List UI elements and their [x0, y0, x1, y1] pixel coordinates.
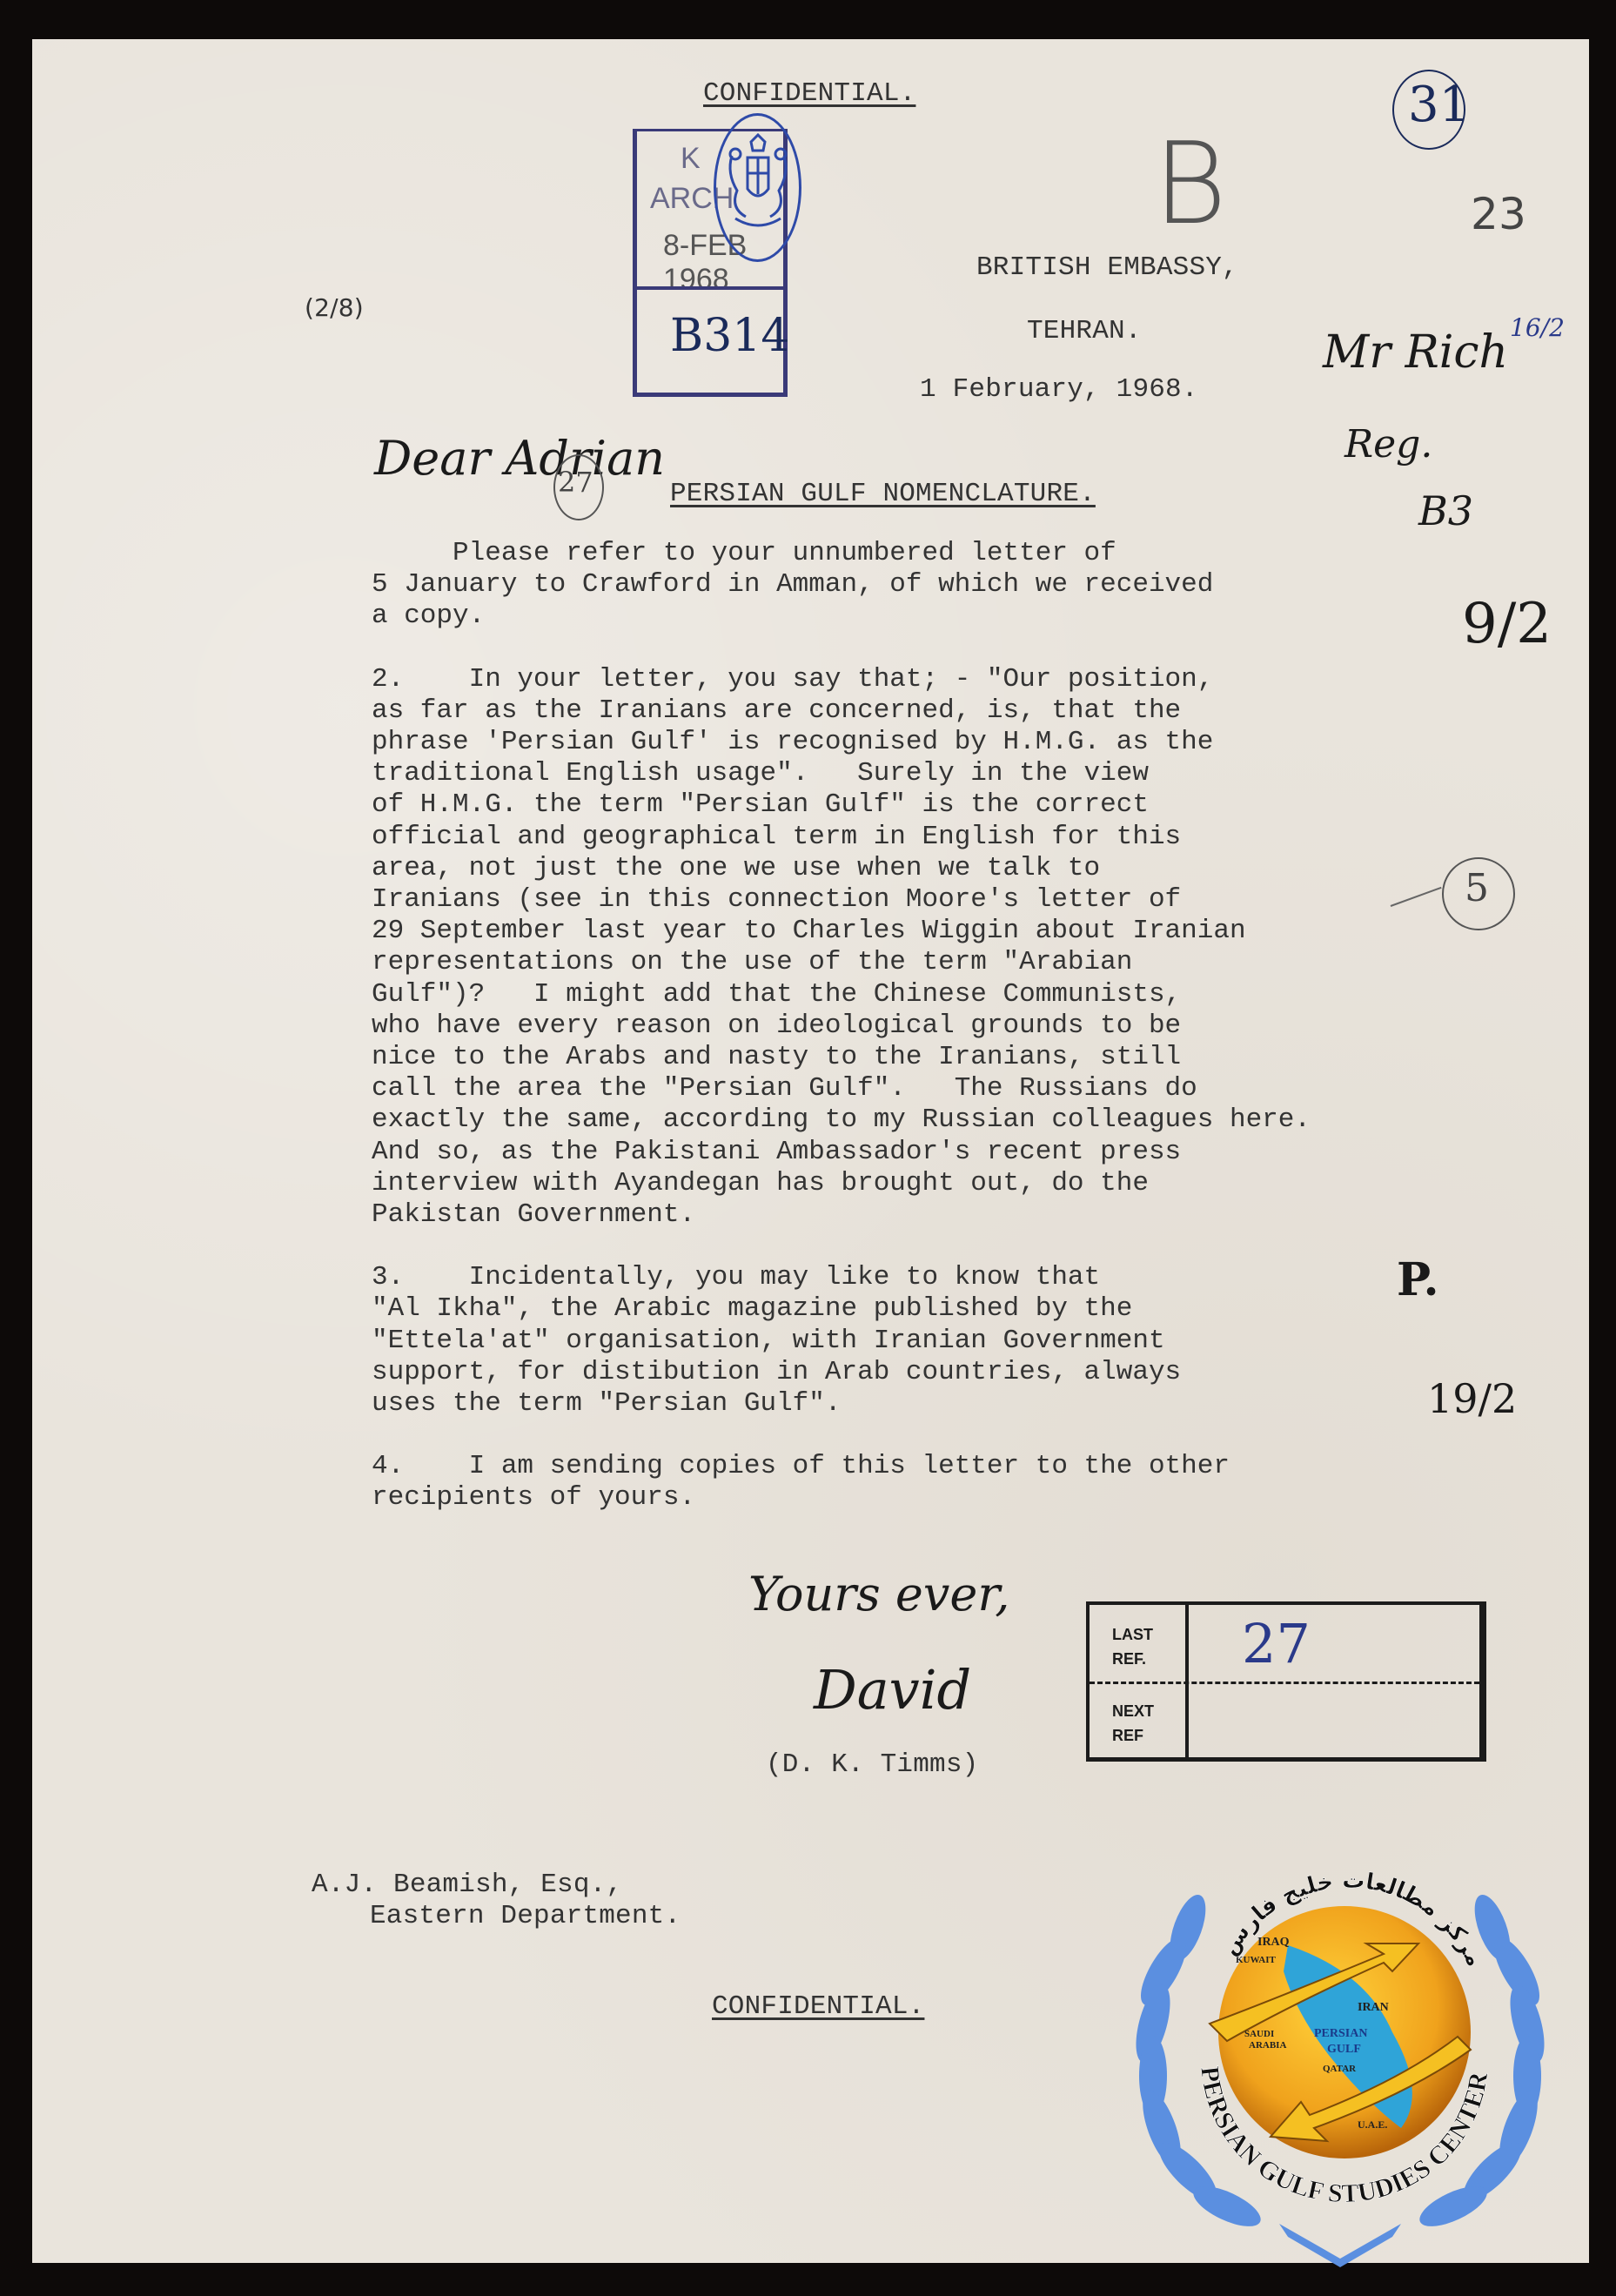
page-reference: (2/8) — [305, 292, 364, 324]
next-ref-label: NEXTREF — [1112, 1699, 1154, 1748]
minute-reg: Reg. — [1344, 422, 1432, 467]
persian-gulf-studies-center-logo: IRAQ KUWAIT IRAN SAUDI ARABIA PERSIAN GU… — [1105, 1841, 1575, 2276]
royal-crest-icon — [723, 131, 793, 245]
folio-number: 23 — [1471, 198, 1526, 230]
laurel-globe-logo-icon: IRAQ KUWAIT IRAN SAUDI ARABIA PERSIAN GU… — [1105, 1841, 1575, 2276]
svg-text:ARABIA: ARABIA — [1249, 2040, 1286, 2051]
reference-box-stamp: LASTREF. NEXTREF 27 — [1086, 1601, 1486, 1762]
last-ref-value: 27 — [1242, 1612, 1311, 1675]
svg-text:IRAN: IRAN — [1358, 2001, 1389, 2014]
svg-text:IRAQ: IRAQ — [1257, 1936, 1290, 1949]
recipient-line-1: A.J. Beamish, Esq., — [312, 1870, 622, 1901]
royal-crest-stamp — [714, 113, 801, 262]
ref-box-horizontal-divider — [1090, 1682, 1479, 1684]
last-ref-label: LASTREF. — [1112, 1622, 1153, 1671]
paragraph-2: 2. In your letter, you say that; - "Our … — [372, 664, 1416, 1232]
stamp-divider — [637, 286, 783, 290]
minute-date-blue: 16/2 — [1510, 313, 1565, 342]
letter-subject: PERSIAN GULF NOMENCLATURE. — [670, 479, 1096, 510]
stamp-handwritten-ref: B314 — [670, 310, 789, 362]
sender-line-2: TEHRAN. — [1027, 316, 1142, 347]
minute-b3: B3 — [1418, 487, 1473, 534]
signature: David — [814, 1658, 971, 1722]
svg-text:QATAR: QATAR — [1323, 2064, 1357, 2074]
svg-text:PERSIAN: PERSIAN — [1314, 2027, 1367, 2040]
circled-27: 27 — [558, 466, 593, 499]
paragraph-4: 4. I am sending copies of this letter to… — [372, 1451, 1416, 1514]
minute-mr-rich: Mr Rich — [1323, 326, 1508, 379]
classification-top: CONFIDENTIAL. — [703, 78, 915, 110]
circled-5: 5 — [1465, 866, 1489, 910]
stamp-text-1: K — [681, 142, 701, 176]
minute-p: P. — [1397, 1253, 1439, 1306]
svg-text:SAUDI: SAUDI — [1244, 2029, 1274, 2039]
sender-line-1: BRITISH EMBASSY, — [976, 252, 1238, 284]
salutation: Dear Adrian — [374, 431, 665, 486]
signatory-name: (D. K. Timms) — [766, 1749, 978, 1781]
minute-date-9-2: 9/2 — [1462, 592, 1552, 656]
classification-bottom: CONFIDENTIAL. — [712, 1991, 924, 2023]
annotation-large-letter: B — [1153, 117, 1227, 250]
svg-text:U.A.E.: U.A.E. — [1358, 2118, 1387, 2131]
paragraph-3: 3. Incidentally, you may like to know th… — [372, 1262, 1416, 1420]
folio-circled-number: 31 — [1408, 77, 1470, 133]
letter-date: 1 February, 1968. — [920, 374, 1198, 406]
closing: Yours ever, — [748, 1567, 1009, 1621]
recipient-line-2: Eastern Department. — [370, 1901, 681, 1932]
paragraph-1: Please refer to your unnumbered letter o… — [372, 538, 1416, 633]
letter-body: Please refer to your unnumbered letter o… — [372, 538, 1416, 1546]
svg-text:GULF: GULF — [1327, 2043, 1361, 2056]
minute-date-19-2: 19/2 — [1427, 1375, 1517, 1422]
svg-text:KUWAIT: KUWAIT — [1236, 1955, 1277, 1965]
